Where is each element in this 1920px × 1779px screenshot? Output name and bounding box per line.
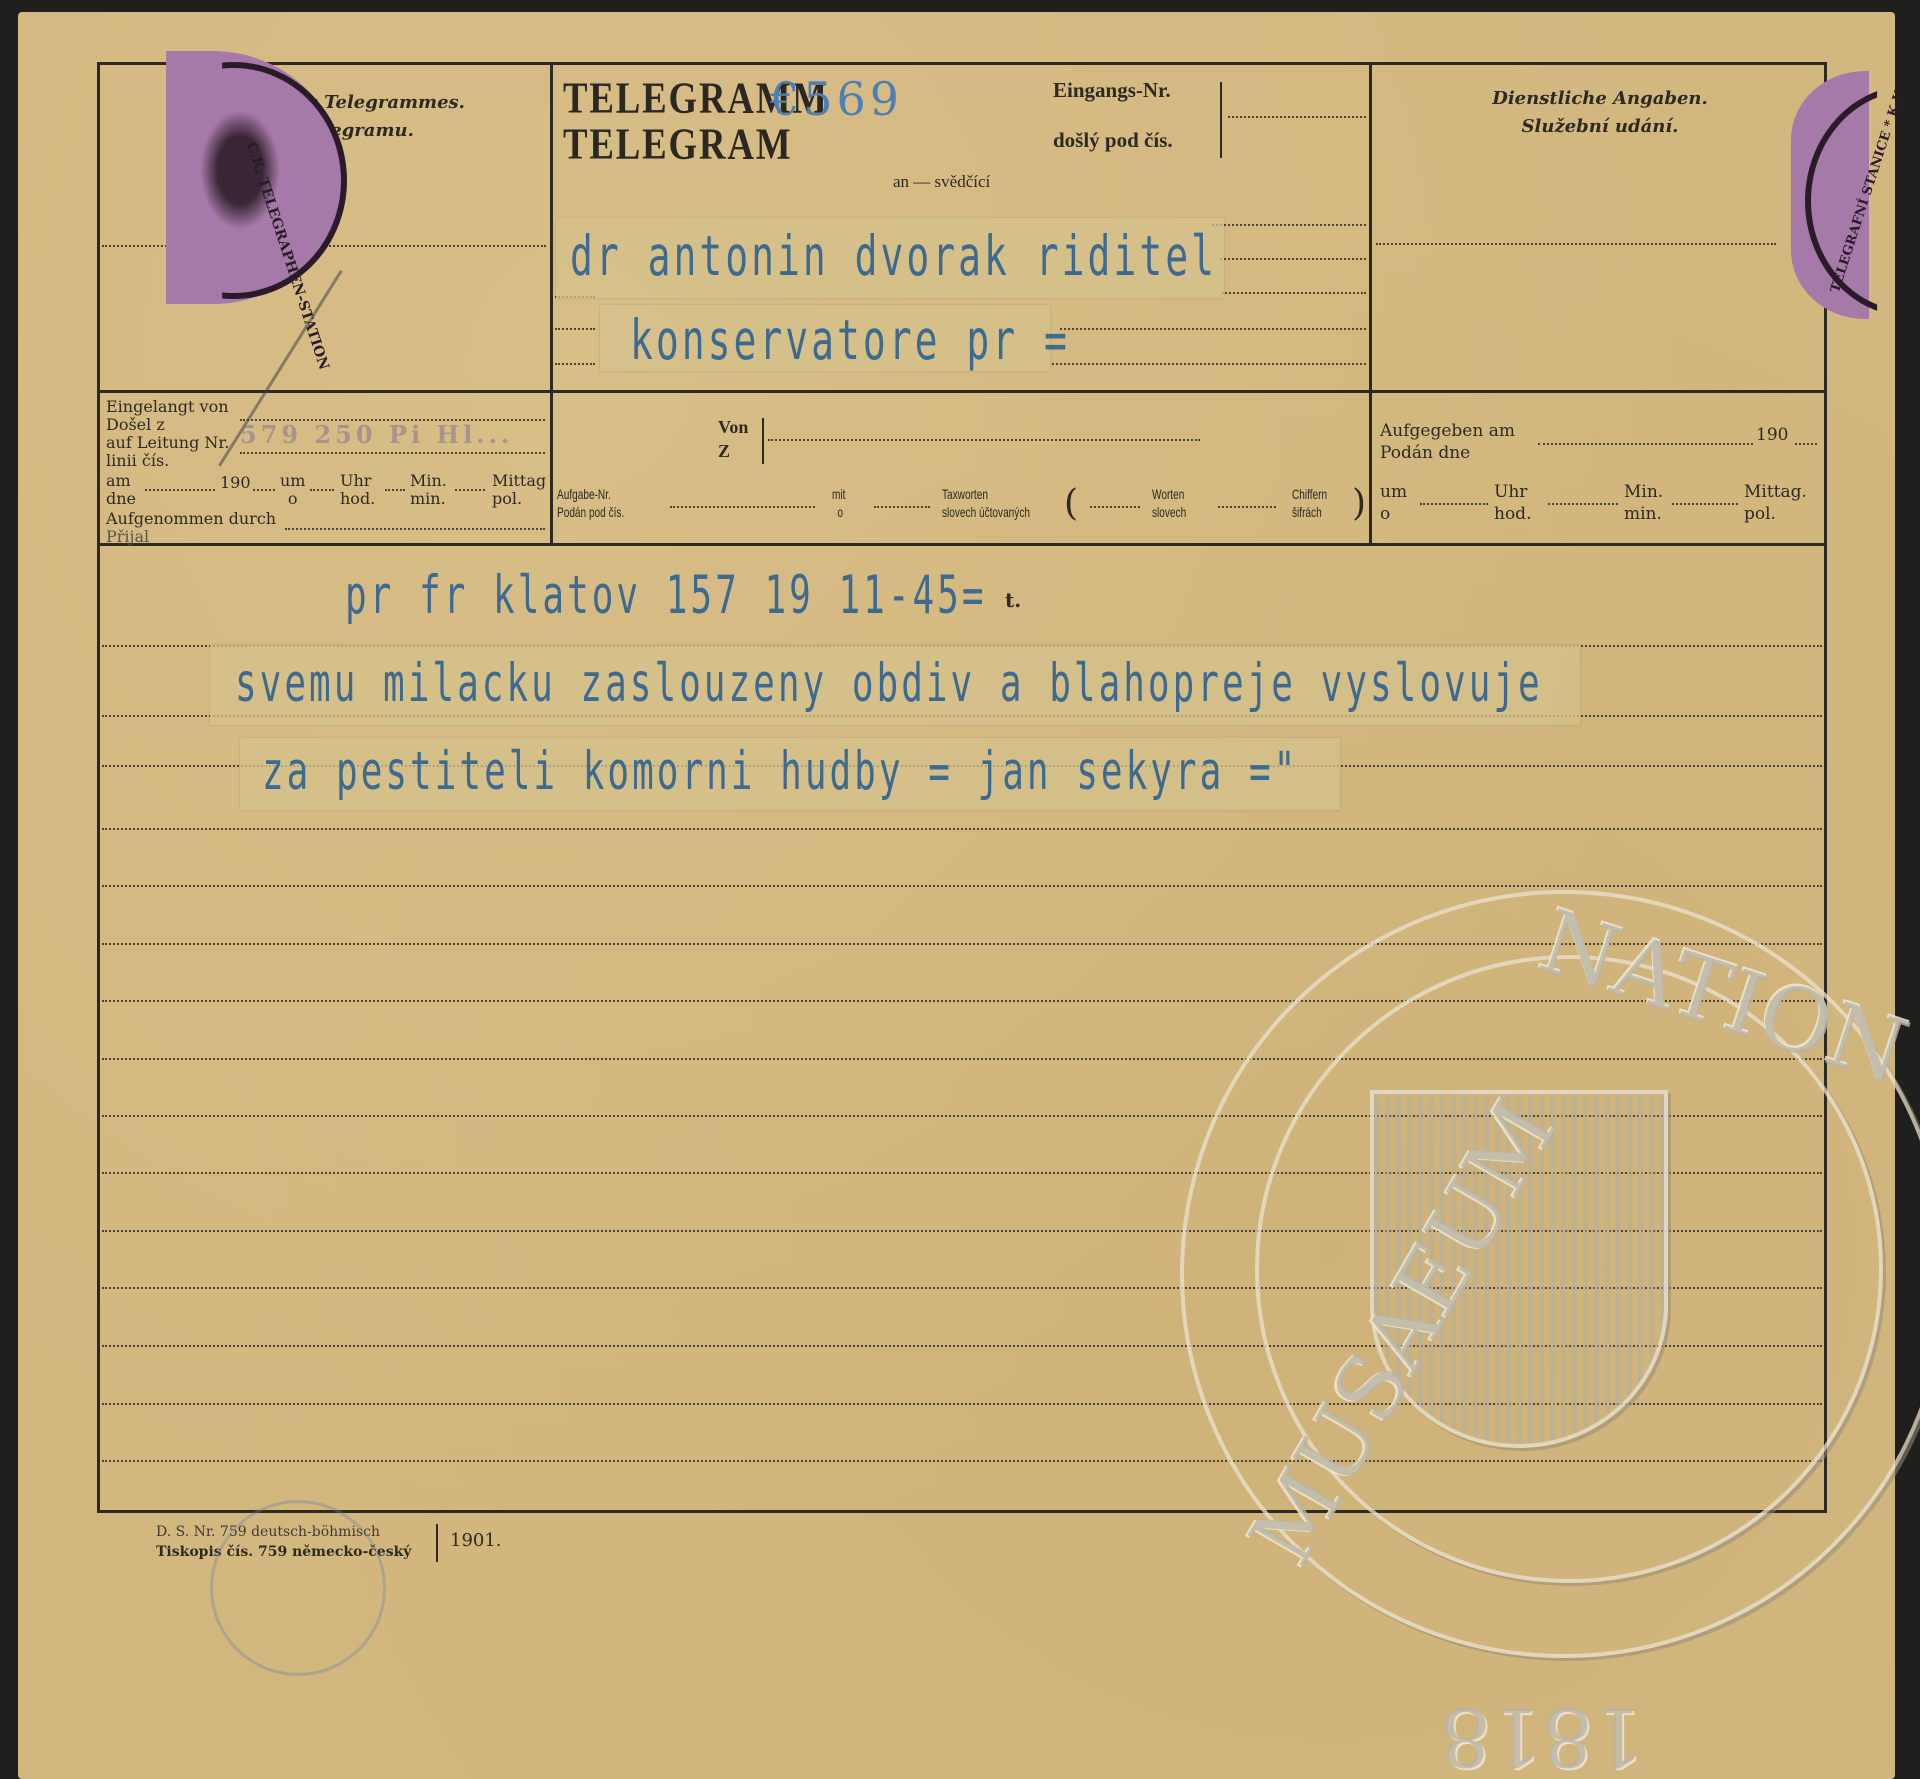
message-header: pr fr klatov 157 19 11-45= <box>345 567 987 626</box>
am-label: am dne <box>106 472 136 508</box>
divider-header-bottom <box>97 543 1826 546</box>
uhr-cs-right: hod. <box>1494 503 1531 525</box>
year-prefix-right: 190 <box>1756 426 1788 444</box>
aufgenommen-field[interactable] <box>285 528 545 530</box>
min-de-left: Min. <box>410 472 447 490</box>
von-cs: Z <box>718 439 748 463</box>
aufgenommen-label: Aufgenommen durch Přijal <box>106 510 276 546</box>
von-field[interactable] <box>768 439 1200 441</box>
dienstliche-label-de: Dienstliche Angaben. <box>1380 88 1820 109</box>
worten-label: Worten slovech <box>1152 485 1186 521</box>
eingangs-brace <box>1220 82 1226 158</box>
uhr-de-right: Uhr <box>1494 481 1531 503</box>
aufgenommen-de: Aufgenommen durch <box>106 510 276 528</box>
mittag-cs-right: pol. <box>1744 503 1807 525</box>
eingelangt-de: Eingelangt von <box>106 398 229 416</box>
museum-seal-year: 1818 <box>1440 1690 1644 1779</box>
aufgegeben-de: Aufgegeben am <box>1380 420 1515 442</box>
von-de: Von <box>718 415 748 439</box>
um-de-right: um <box>1380 481 1407 503</box>
aufgenommen-cs: Přijal <box>106 528 276 546</box>
address-line-5-left <box>555 363 595 365</box>
min-de-right: Min. <box>1624 481 1663 503</box>
address-line-4-right <box>1060 328 1366 330</box>
aufgegeben-cs: Podán dne <box>1380 442 1515 464</box>
eingangs-field[interactable] <box>1228 116 1366 118</box>
eingangs-label-de: Eingangs-Nr. <box>1053 78 1171 103</box>
eingelangt-cs: Došel z <box>106 416 229 434</box>
worten-cs: slovech <box>1152 503 1186 521</box>
eingelangt-label: Eingelangt von Došel z auf Leitung Nr. l… <box>106 398 229 470</box>
uhr-de-left: Uhr <box>340 472 375 490</box>
address-line-2: konservatore pr = <box>630 308 1070 372</box>
uhr-label-left: Uhr hod. <box>340 472 375 508</box>
chiffern-field[interactable] <box>1218 506 1276 508</box>
am-cs: dne <box>106 490 136 508</box>
mittag-de-left: Mittag <box>492 472 546 490</box>
mittag-label-left: Mittag pol. <box>492 472 546 508</box>
paren-open: ( <box>1064 484 1078 524</box>
paren-close: ) <box>1352 484 1366 524</box>
divider-header-mid <box>97 390 1826 393</box>
chiffern-cs: šifrách <box>1292 503 1327 521</box>
leitung-de: auf Leitung Nr. <box>106 434 229 452</box>
aufgegeben-date-field[interactable] <box>1538 443 1753 445</box>
mit-cs: o <box>832 503 845 521</box>
divider-right-col <box>1369 62 1372 544</box>
faded-blue-stamp: 579 250 Pi Hl... <box>240 420 513 449</box>
address-line-4-left <box>555 328 595 330</box>
year-prefix-left: 190 <box>220 474 251 492</box>
divider-left-col <box>550 62 553 544</box>
um-cs-left: o <box>280 490 305 508</box>
taxworten-cs: slovech účtovaných <box>942 503 1030 521</box>
uhr-label-right: Uhr hod. <box>1494 481 1531 525</box>
faded-postmark-icon <box>210 1500 386 1676</box>
address-line-5-right <box>1052 363 1366 365</box>
message-line-1: svemu milacku zaslouzeny obdiv a blahopr… <box>235 655 1543 714</box>
leitung-field[interactable] <box>240 452 545 454</box>
min-field-left[interactable] <box>385 489 405 491</box>
mittag-cs-left: pol. <box>492 490 546 508</box>
an-label: an — svědčící <box>893 172 990 192</box>
year-suffix-field-right[interactable] <box>1795 443 1817 445</box>
aufgabe-field[interactable] <box>670 506 815 508</box>
message-line-2: za pestiteli komorni hudby = jan sekyra … <box>262 743 1298 802</box>
mittag-de-right: Mittag. <box>1744 481 1807 503</box>
chiffern-label: Chiffern šifrách <box>1292 485 1327 521</box>
message-line <box>102 828 1822 830</box>
um-label-right: um o <box>1380 481 1407 525</box>
am-de: am <box>106 472 136 490</box>
um-de-left: um <box>280 472 305 490</box>
am-date-field[interactable] <box>145 489 215 491</box>
message-line <box>102 885 1822 887</box>
dienstliche-label-cs: Služební udání. <box>1380 116 1820 137</box>
taxworten-de: Taxworten <box>942 485 1030 503</box>
von-brace <box>762 418 768 464</box>
stamped-number: €569 <box>770 72 903 126</box>
leitung-cs: linii čís. <box>106 452 229 470</box>
frame-left <box>97 62 100 1512</box>
min-cs-left: min. <box>410 490 447 508</box>
aufgabe-de: Aufgabe-Nr. <box>557 485 624 503</box>
mittag-field-right[interactable] <box>1672 503 1738 505</box>
uhr-field-right[interactable] <box>1420 503 1488 505</box>
worten-de: Worten <box>1152 485 1186 503</box>
address-line-1: dr antonin dvorak riditel <box>570 224 1217 288</box>
dienstliche-dotted-line <box>1376 243 1776 245</box>
footer-year: 1901. <box>450 1530 502 1551</box>
worten-field[interactable] <box>1090 506 1140 508</box>
chiffern-de: Chiffern <box>1292 485 1327 503</box>
von-label: Von Z <box>718 415 748 463</box>
address-line-2-right <box>1220 258 1366 260</box>
footer-brace <box>436 1524 442 1562</box>
uhr-cs-left: hod. <box>340 490 375 508</box>
aufgabe-label: Aufgabe-Nr. Podán pod čís. <box>557 485 624 521</box>
min-cs-right: min. <box>1624 503 1663 525</box>
mit-de: mit <box>832 485 845 503</box>
taxworten-label: Taxworten slovech účtovaných <box>942 485 1030 521</box>
um-cs-right: o <box>1380 503 1407 525</box>
min-field-right[interactable] <box>1548 503 1618 505</box>
eingangs-label-cs: došlý pod čís. <box>1053 128 1173 153</box>
min-label-right: Min. min. <box>1624 481 1663 525</box>
aufgabe-cs: Podán pod čís. <box>557 503 624 521</box>
year-suffix-field-left[interactable] <box>253 489 275 491</box>
min-label-left: Min. min. <box>410 472 447 508</box>
address-line-1-right <box>1212 224 1366 226</box>
message-header-mark: t. <box>1005 588 1021 612</box>
frame-top <box>97 62 1826 65</box>
mit-label: mit o <box>832 485 845 521</box>
uhr-field-left[interactable] <box>310 489 334 491</box>
mit-field[interactable] <box>874 506 930 508</box>
um-label-left: um o <box>280 472 305 508</box>
address-line-3-right <box>1222 292 1366 294</box>
mittag-field-left[interactable] <box>455 489 485 491</box>
title-cs: TELEGRAM <box>563 118 792 170</box>
mittag-label-right: Mittag. pol. <box>1744 481 1807 525</box>
aufgegeben-label: Aufgegeben am Podán dne <box>1380 420 1515 464</box>
